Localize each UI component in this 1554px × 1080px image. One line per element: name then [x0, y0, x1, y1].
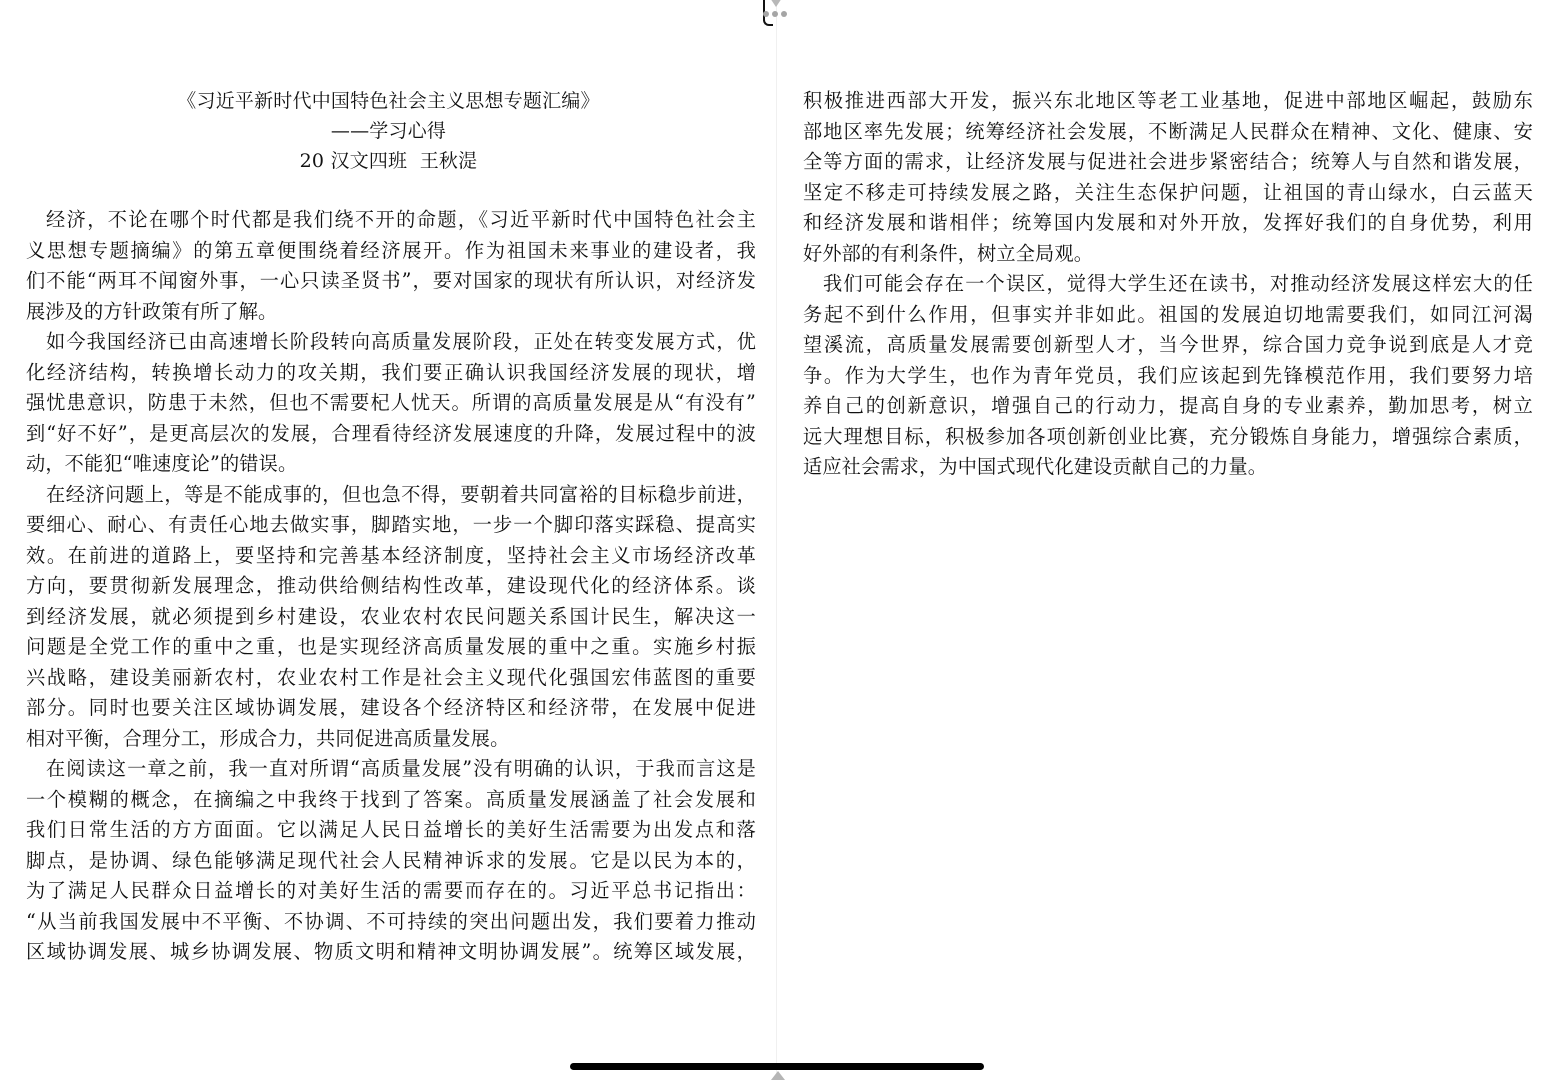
home-indicator-bar[interactable] — [570, 1063, 984, 1070]
text-line: 为了满足人民群众日益增长的对美好生活的需要而存在的。习近平总书记指出： — [26, 876, 756, 907]
text-line: 务起不到什么作用，但事实并非如此。祖国的发展迫切地需要我们，如同江河渴 — [803, 300, 1533, 331]
text-line: 们不能“两耳不闻窗外事，一心只读圣贤书”，要对国家的现状有所认识，对经济发 — [26, 266, 756, 297]
left-page-body: 经济，不论在哪个时代都是我们绕不开的命题，《习近平新时代中国特色社会主义思想专题… — [26, 205, 756, 968]
text-line: 适应社会需求，为中国式现代化建设贡献自己的力量。 — [803, 452, 1533, 483]
page-notch-icon — [771, 1071, 785, 1080]
text-line: 强忧患意识，防患于未然，但也不需要杞人忧天。所谓的高质量发展是从“有没有” — [26, 388, 756, 419]
text-line: 好外部的有利条件，树立全局观。 — [803, 239, 1533, 270]
text-line: 区域协调发展、城乡协调发展、物质文明和精神文明协调发展”。统筹区域发展， — [26, 937, 756, 968]
page-turn-handle-icon[interactable] — [757, 0, 797, 30]
document-title: 《习近平新时代中国特色社会主义思想专题汇编》 — [0, 86, 777, 116]
left-page[interactable]: 《习近平新时代中国特色社会主义思想专题汇编》 ——学习心得 20 汉文四班 王秋… — [0, 0, 777, 1080]
right-page[interactable]: 积极推进西部大开发，振兴东北地区等老工业基地，促进中部地区崛起，鼓励东部地区率先… — [777, 0, 1554, 1080]
text-line: 在经济问题上，等是不能成事的，但也急不得，要朝着共同富裕的目标稳步前进， — [26, 480, 756, 511]
text-line: 到经济发展，就必须提到乡村建设，农业农村农民问题关系国计民生，解决这一 — [26, 602, 756, 633]
right-page-body: 积极推进西部大开发，振兴东北地区等老工业基地，促进中部地区崛起，鼓励东部地区率先… — [803, 86, 1533, 483]
text-line: 动，不能犯“唯速度论”的错误。 — [26, 449, 756, 480]
text-line: 争。作为大学生，也作为青年党员，我们应该起到先锋模范作用，我们要努力培 — [803, 361, 1533, 392]
text-line: 望溪流，高质量发展需要创新型人才，当今世界，综合国力竞争说到底是人才竞 — [803, 330, 1533, 361]
text-line: 方向，要贯彻新发展理念，推动供给侧结构性改革，建设现代化的经济体系。谈 — [26, 571, 756, 602]
document-subtitle: ——学习心得 — [0, 116, 777, 146]
text-line: 和经济发展和谐相伴；统筹国内发展和对外开放，发挥好我们的自身优势，利用 — [803, 208, 1533, 239]
text-line: 效。在前进的道路上，要坚持和完善基本经济制度，坚持社会主义市场经济改革 — [26, 541, 756, 572]
document-title-block: 《习近平新时代中国特色社会主义思想专题汇编》 ——学习心得 20 汉文四班 王秋… — [0, 86, 777, 176]
text-line: 相对平衡，合理分工，形成合力，共同促进高质量发展。 — [26, 724, 756, 755]
text-line: 我们可能会存在一个误区，觉得大学生还在读书，对推动经济发展这样宏大的任 — [803, 269, 1533, 300]
text-line: 化经济结构，转换增长动力的攻关期，我们要正确认识我国经济发展的现状，增 — [26, 358, 756, 389]
text-line: 部分。同时也要关注区域协调发展，建设各个经济特区和经济带，在发展中促进 — [26, 693, 756, 724]
text-line: 远大理想目标，积极参加各项创新创业比赛，充分锻炼自身能力，增强综合素质， — [803, 422, 1533, 453]
text-line: 我们日常生活的方方面面。它以满足人民日益增长的美好生活需要为出发点和落 — [26, 815, 756, 846]
text-line: 问题是全党工作的重中之重，也是实现经济高质量发展的重中之重。实施乡村振 — [26, 632, 756, 663]
text-line: 部地区率先发展；统筹经济社会发展，不断满足人民群众在精神、文化、健康、安 — [803, 117, 1533, 148]
text-line: 积极推进西部大开发，振兴东北地区等老工业基地，促进中部地区崛起，鼓励东 — [803, 86, 1533, 117]
text-line: 义思想专题摘编》的第五章便围绕着经济展开。作为祖国未来事业的建设者，我 — [26, 236, 756, 267]
text-line: 经济，不论在哪个时代都是我们绕不开的命题，《习近平新时代中国特色社会主 — [26, 205, 756, 236]
text-line: 在阅读这一章之前，我一直对所谓“高质量发展”没有明确的认识，于我而言这是 — [26, 754, 756, 785]
more-dots-icon — [763, 11, 787, 17]
text-line: 要细心、耐心、有责任心地去做实事，脚踏实地，一步一个脚印落实踩稳、提高实 — [26, 510, 756, 541]
text-line: 展涉及的方针政策有所了解。 — [26, 297, 756, 328]
document-spread: 《习近平新时代中国特色社会主义思想专题汇编》 ——学习心得 20 汉文四班 王秋… — [0, 0, 1554, 1080]
text-line: 到“好不好”，是更高层次的发展，合理看待经济发展速度的升降，发展过程中的波 — [26, 419, 756, 450]
text-line: 兴战略，建设美丽新农村，农业农村工作是社会主义现代化强国宏伟蓝图的重要 — [26, 663, 756, 694]
text-line: “从当前我国发展中不平衡、不协调、不可持续的突出问题出发，我们要着力推动 — [26, 907, 756, 938]
text-line: 坚定不移走可持续发展之路，关注生态保护问题，让祖国的青山绿水，白云蓝天 — [803, 178, 1533, 209]
text-line: 如今我国经济已由高速增长阶段转向高质量发展阶段，正处在转变发展方式，优 — [26, 327, 756, 358]
document-author: 20 汉文四班 王秋湜 — [0, 146, 777, 176]
text-line: 养自己的创新意识，增强自己的行动力，提高自身的专业素养，勤加思考，树立 — [803, 391, 1533, 422]
text-line: 全等方面的需求，让经济发展与促进社会进步紧密结合；统筹人与自然和谐发展， — [803, 147, 1533, 178]
text-line: 一个模糊的概念，在摘编之中我终于找到了答案。高质量发展涵盖了社会发展和 — [26, 785, 756, 816]
text-line: 脚点，是协调、绿色能够满足现代社会人民精神诉求的发展。它是以民为本的， — [26, 846, 756, 877]
